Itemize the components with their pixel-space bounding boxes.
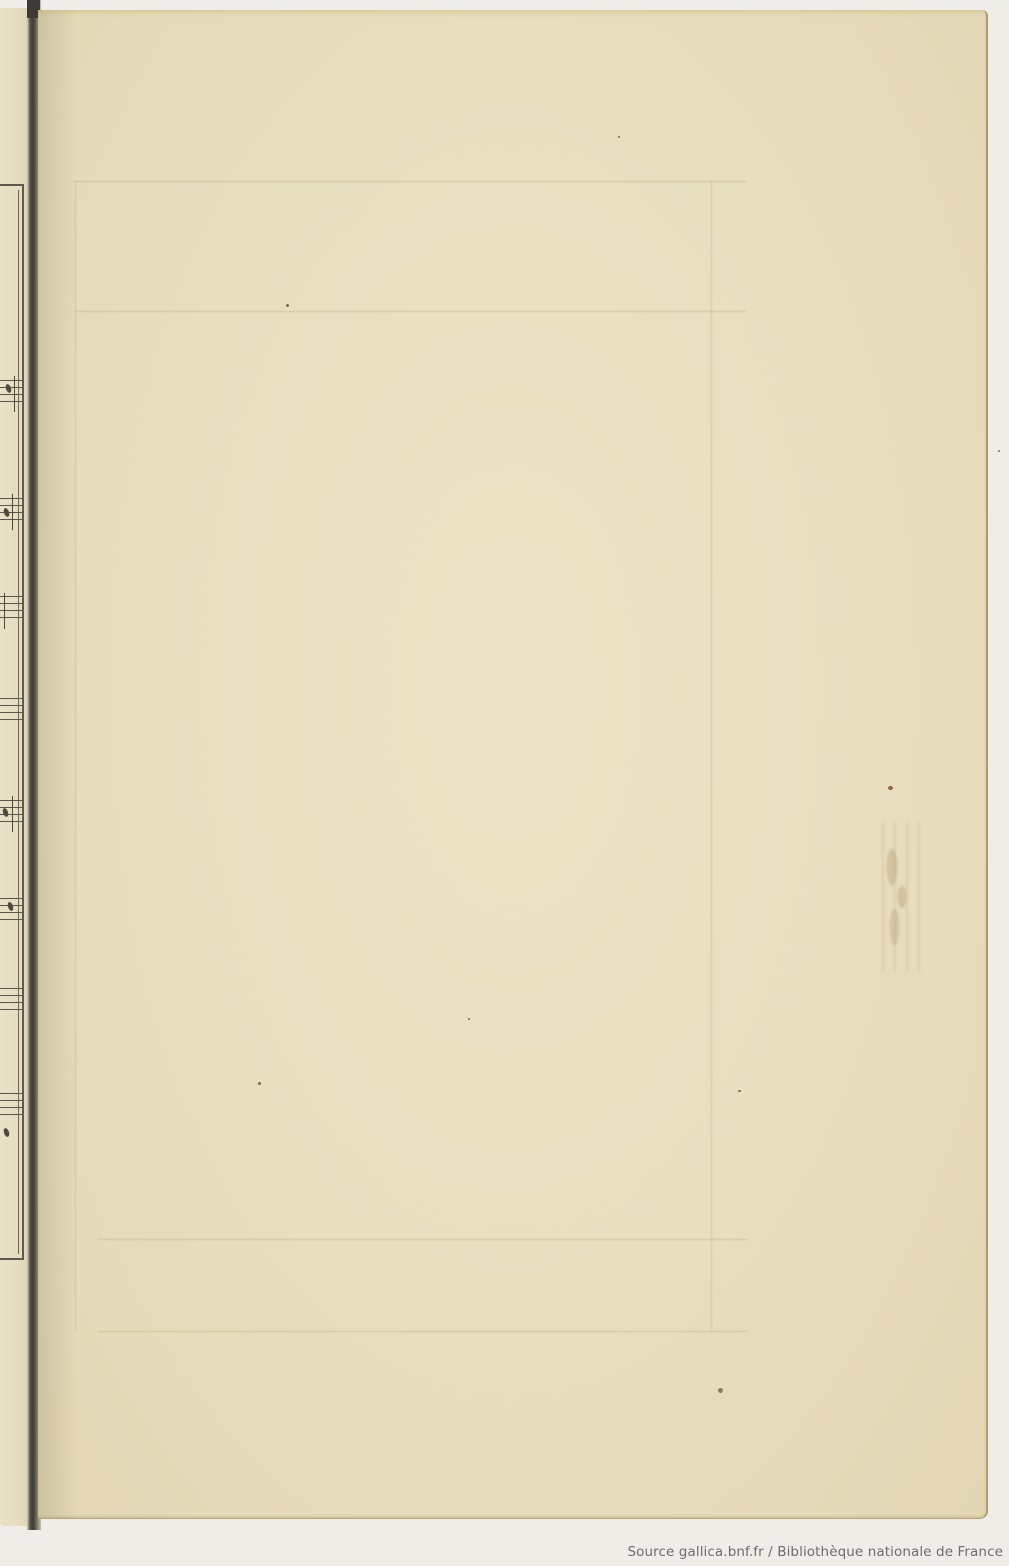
music-staff — [0, 380, 22, 408]
scanned-page — [38, 10, 988, 1519]
show-through-line — [710, 180, 713, 1330]
document-viewer: Source gallica.bnf.fr / Bibliothèque nat… — [0, 0, 1009, 1566]
show-through-line — [74, 310, 746, 313]
page-gutter-shadow — [38, 10, 78, 1518]
music-staff — [0, 988, 22, 1016]
foxing-spot — [888, 786, 893, 790]
music-staff — [0, 698, 22, 726]
show-through-line — [74, 180, 746, 183]
foxing-stain — [872, 822, 922, 972]
show-through-line — [98, 1238, 748, 1241]
source-attribution: Source gallica.bnf.fr / Bibliothèque nat… — [627, 1544, 1003, 1560]
foxing-spot — [718, 1388, 723, 1393]
facing-page-edge — [0, 8, 30, 1526]
music-staff — [0, 1093, 22, 1121]
show-through-line — [98, 1330, 748, 1333]
